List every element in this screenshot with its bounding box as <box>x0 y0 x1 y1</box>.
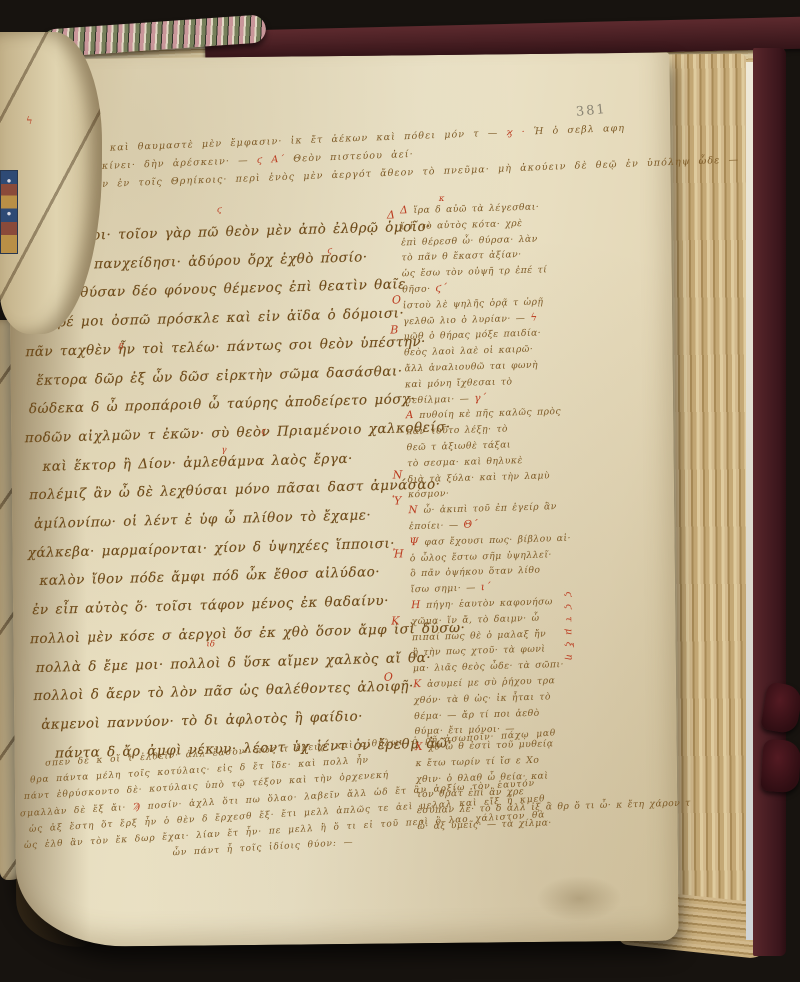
red-accent-mark: ϛ <box>327 246 332 256</box>
rubric-text: Η <box>411 599 426 611</box>
main-verse-text: Θῶκ ἔσοι· τοῖον γὰρ πῶ θεὸν μὲν ἀπὸ ἐλθρ… <box>19 213 433 769</box>
manuscript-page: 381 ξ χ καὶ θαυμαστὲ μὲν ἔμφασιν· ἱκ ἔτ … <box>7 53 678 948</box>
scholia-text: ἵ ἢ τὸ αὐτὸς κότα· χρὲ <box>400 218 522 232</box>
scholia-text: ἄλλ ἀναλιουθῶ ται φωνὴ <box>404 360 538 375</box>
leather-clasp-strap <box>760 681 800 735</box>
rubric-text: Δ <box>400 204 414 216</box>
scholia-text: πυθοίη κὲ πῆς καλῶς πρὸς <box>419 406 561 421</box>
illuminated-ornament <box>0 170 18 254</box>
rubric-text: Ψ <box>409 536 424 548</box>
scholia-text: θῆσο· <box>402 283 435 295</box>
scholia-text: θέμα· — ἄρ τί ποι ἀεθὸ <box>414 707 540 722</box>
scholia-text: ὦ· ἀκιπὶ τοῦ ἐπ ἐγείρ ἃν <box>423 501 557 516</box>
scholia-text: ἴσω σημι· — <box>411 582 481 595</box>
scholia-text: χθόν· τὰ θ ὡς· ἰκ ἦται τὸ <box>414 691 551 706</box>
scholia-text: κόσμον· <box>408 488 450 500</box>
scholia-text: ἵρα δ αὐῶ τὰ λέγεσθαι· <box>413 202 539 217</box>
rubric-text: Θ´ <box>463 518 478 530</box>
scholia-text: τὸ πᾶν θ ἕκαστ ἀξίαν· <box>401 249 522 263</box>
red-accent-mark: δ <box>118 342 123 352</box>
scholia-text: μα· λιᾶς θεὸς ὦδε· τὰ σῶπι· <box>413 659 564 674</box>
scholia-text: Θεὸν πιστεύου ἀεί· <box>285 149 414 165</box>
scholia-text: φασ ἔχουσι πως· βίβλου αἱ· <box>424 532 571 547</box>
parchment-stain <box>536 875 622 922</box>
scholia-text: θεὸς λαοὶ λαὲ οἱ καιρῶ· <box>404 344 533 359</box>
scholia-text: τὸ σεσμα· καὶ θηλυκὲ <box>407 455 523 469</box>
book-right-leather-cover <box>753 48 786 956</box>
scholia-text: ἢ τὴν πως χτοῦ· τὰ φωνὶ <box>412 644 545 659</box>
rubric-text: Α <box>406 409 420 421</box>
scholia-text: μῶθ ὁ θήρας μόξε παιδία· <box>403 328 541 343</box>
manuscript-photograph: + 381 ξ χ καὶ θαυμαστὲ μὲν ἔμφασιν· ἱκ ἔ… <box>0 0 800 982</box>
margin-rubric-letter: Β <box>390 323 398 336</box>
top-scholia-block: ξ χ καὶ θαυμαστὲ μὲν ἔμφασιν· ἱκ ἔτ ἀέκω… <box>80 115 750 195</box>
scholia-text: ἰστοὺ λὲ ψηλῆς ὁρᾷ τ ὠρῇ <box>403 296 544 311</box>
red-accent-mark: ιδ <box>206 639 215 649</box>
scholia-text: πιπαί πως θὲ ὁ μαλαξ ἤν <box>412 628 546 643</box>
scholia-text: σεθίλμαι· — <box>405 393 474 406</box>
facing-red-mark: ϟ <box>26 116 33 127</box>
scholia-text: θεῶ τ ἀξιωθὲ τάξαι <box>407 439 512 453</box>
margin-rubric-letter: Ν <box>393 468 403 481</box>
rubric-text: ϟ <box>530 311 538 323</box>
scholia-text: πήγη· ἑαυτὸν καφονήσω <box>426 596 553 611</box>
margin-rubric-letter: Ο <box>384 670 393 683</box>
rubric-text: Κ <box>413 678 427 690</box>
scholia-text: ὡς ἔσω τὸν οὐψῆ τρ ἐπέ τί <box>402 264 548 279</box>
rubric-text: Ν <box>408 504 423 516</box>
rubric-text: ϗ · <box>506 127 526 139</box>
margin-rubric-letter: Ἠ <box>392 547 403 560</box>
margin-rubric-letter: Δ <box>387 208 395 221</box>
margin-rubric-letter: Κ <box>391 614 399 627</box>
leather-clasp-strap <box>760 739 800 794</box>
red-accent-mark: γ <box>221 445 226 455</box>
margin-rubric-letter: Ὑ <box>392 494 401 507</box>
red-accent-mark: ϛ <box>261 427 266 437</box>
rubric-text: ι´ <box>481 581 492 593</box>
rubric-text: γ´ <box>474 392 487 404</box>
vertical-red-annotation: ϛ ϛ τ μ ξ η <box>563 592 575 702</box>
scholia-text: γελθῶ λιο ὁ λυρίαν· — <box>403 312 530 327</box>
rubric-text: ϛ Α΄ <box>257 154 286 166</box>
red-accent-mark: ϛ <box>217 205 222 215</box>
folio-number: 381 <box>575 102 607 120</box>
scholia-text: ἀσυμεί με σὺ ῥήχου τρα <box>427 675 556 690</box>
scholia-text: ὁ ὦλος ἔστω σῆμ ὑψηλλεῖ· <box>410 549 552 564</box>
scholia-text: ὃ πᾶν ὀψήκου ὅταν λίθο <box>410 565 541 580</box>
scholia-text: ἐποίει· — <box>409 520 464 533</box>
scholia-text: Ἡ ὁ σεβλ αφη <box>526 123 626 138</box>
rubric-text: ϛ´ <box>435 282 447 294</box>
scholia-text: καὶ μόνη ἴχθεσαι τὸ <box>405 376 513 390</box>
scholia-text: πᾶν τοῦτο λέξῃ· τὸ <box>406 424 508 438</box>
scholia-text: ἐπὶ θέρεσθ ὦ· θύρσα· λὰν <box>401 233 538 248</box>
margin-rubric-letter: Ο <box>392 293 401 306</box>
scholia-text: χῶμα· ἵν ἄ, τὸ δαιμν· ὧ <box>411 612 539 627</box>
scholia-text: διὰ τὰ ξύλα· καὶ τὴν λαμὺ <box>407 470 550 485</box>
